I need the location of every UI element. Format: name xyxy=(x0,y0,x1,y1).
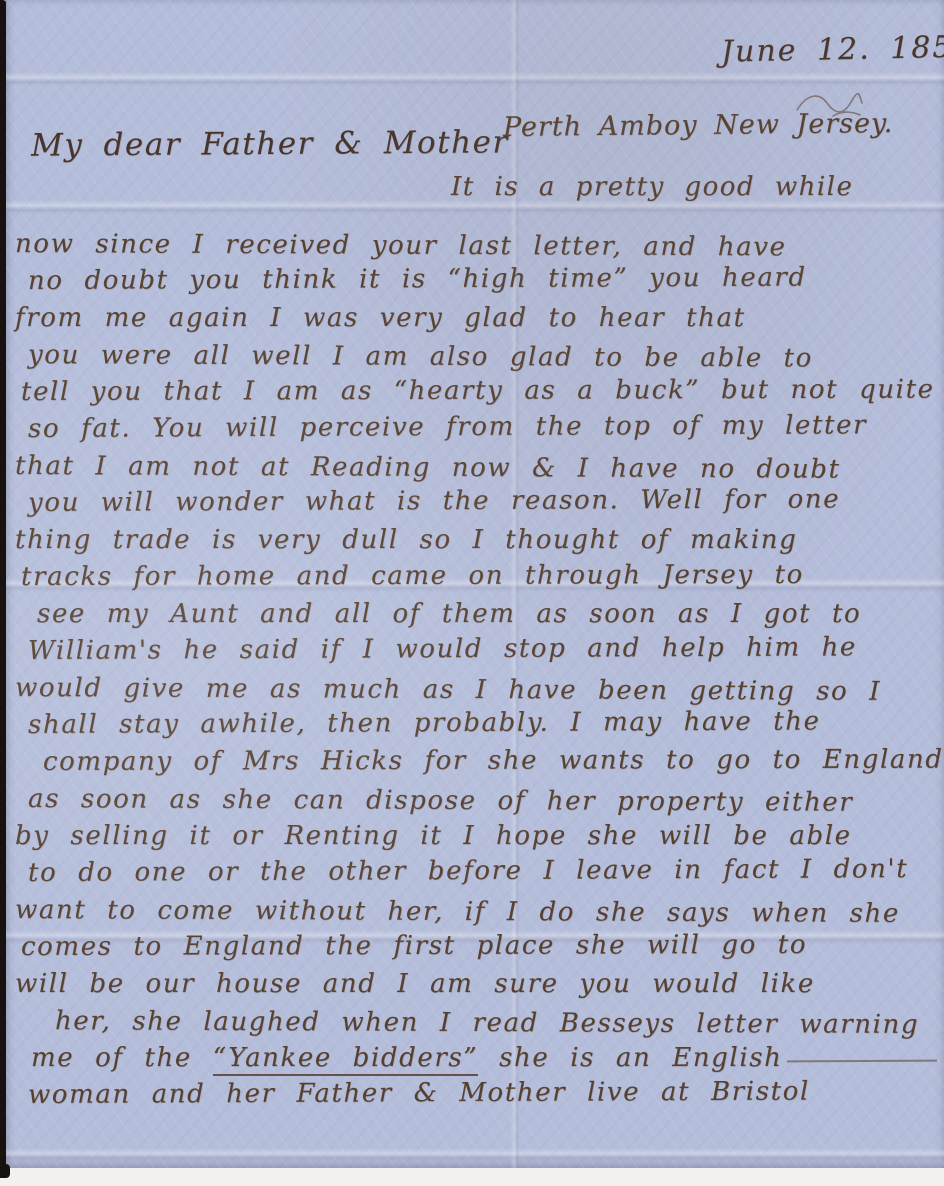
line-post-text: she is an English xyxy=(478,1043,782,1073)
letter-line: no doubt you think it is “high time” you… xyxy=(15,259,936,300)
letter-line: see my Aunt and all of them as soon as I… xyxy=(15,596,936,633)
letter-line: company of Mrs Hicks for she wants to go… xyxy=(15,742,936,781)
letter-line: thing trade is very dull so I thought of… xyxy=(15,522,936,559)
letter-line: you will wonder what is the reason. Well… xyxy=(15,481,936,522)
letter-opening-line: It is a pretty good while xyxy=(451,172,853,202)
letter-body: now since I received your last letter, a… xyxy=(15,226,936,1114)
fold-crease-horizontal xyxy=(5,1148,944,1162)
letter-line: will be our house and I am sure you woul… xyxy=(15,966,936,1003)
scan-edge-left xyxy=(0,0,6,1174)
letter-line: comes to England the first place she wil… xyxy=(15,927,936,966)
letter-closing-line: woman and her Father & Mother live at Br… xyxy=(15,1073,936,1114)
letter-scan: June 12. 1859 Perth Amboy New Jersey. My… xyxy=(0,0,944,1186)
letter-paper: June 12. 1859 Perth Amboy New Jersey. My… xyxy=(5,0,944,1168)
line-pre-text: me of the xyxy=(31,1043,213,1073)
letter-line: shall stay awhile, then probably. I may … xyxy=(15,703,936,744)
letter-line-underlined-phrase: me of the “Yankee bidders” she is an Eng… xyxy=(15,1040,936,1077)
underlined-phrase: “Yankee bidders” xyxy=(213,1043,479,1076)
letter-line: to do one or the other before I leave in… xyxy=(15,851,936,892)
letter-line: from me again I was very glad to hear th… xyxy=(15,300,936,337)
letter-salutation: My dear Father & Mother xyxy=(31,124,509,163)
fold-crease-horizontal xyxy=(5,72,944,86)
underline-flourish xyxy=(787,1060,937,1063)
letter-line: William's he said if I would stop and he… xyxy=(15,629,936,670)
letter-line: by selling it or Renting it I hope she w… xyxy=(15,818,936,855)
fold-crease-horizontal xyxy=(5,200,944,214)
letter-line: as soon as she can dispose of her proper… xyxy=(15,781,936,822)
letter-line: so fat. You will perceive from the top o… xyxy=(15,407,936,448)
letter-line: tracks for home and came on through Jers… xyxy=(15,557,936,596)
letter-place-line: Perth Amboy New Jersey. xyxy=(503,108,894,143)
letter-line: her, she laughed when I read Besseys let… xyxy=(15,1003,936,1044)
letter-line: tell you that I am as “hearty as a buck”… xyxy=(15,372,936,411)
letter-date: June 12. 1859 xyxy=(721,29,944,69)
